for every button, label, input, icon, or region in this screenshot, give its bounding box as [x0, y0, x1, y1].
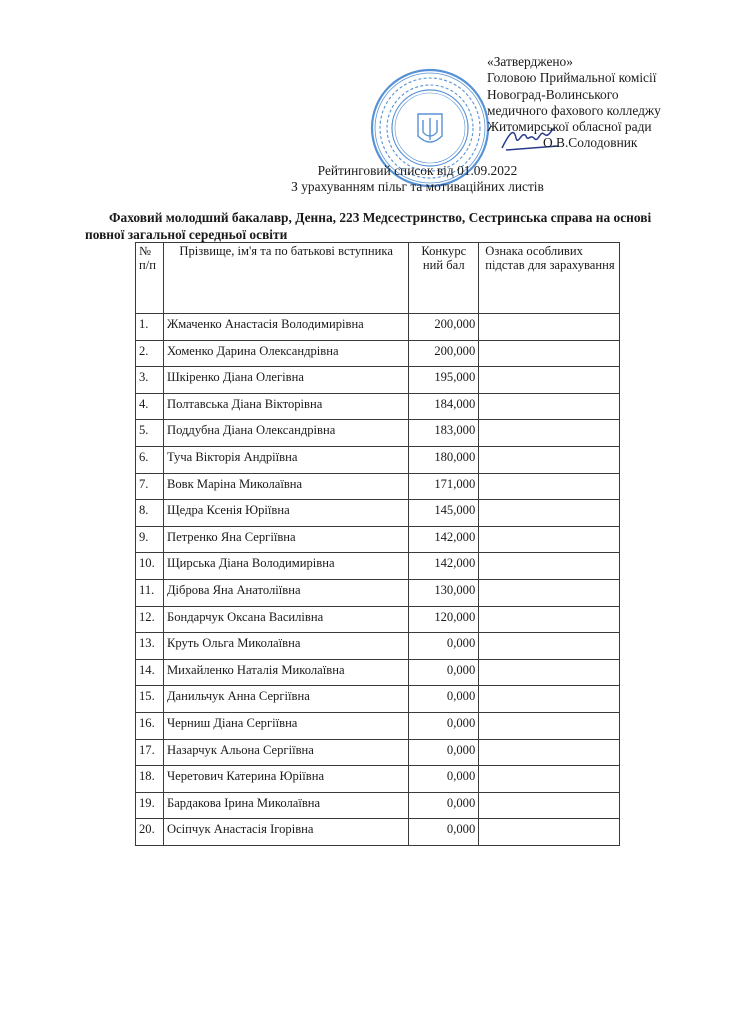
table-row: 9.Петренко Яна Сергіївна142,000 [136, 526, 620, 553]
table-row: 11.Діброва Яна Анатоліївна130,000 [136, 579, 620, 606]
applicant-name: Полтавська Діана Вікторівна [163, 393, 408, 420]
enrollment-basis [479, 579, 620, 606]
table-row: 10.Щирська Діана Володимирівна142,000 [136, 553, 620, 580]
row-num: 10. [136, 553, 164, 580]
header-basis: Ознака особливих підстав для зарахування [479, 243, 620, 314]
applicant-score: 145,000 [409, 500, 479, 527]
applicant-score: 195,000 [409, 367, 479, 394]
applicant-score: 142,000 [409, 526, 479, 553]
table-header-row: № п/п Прізвище, ім'я та по батькові всту… [136, 243, 620, 314]
applicant-name: Михайленко Наталія Миколаївна [163, 659, 408, 686]
approval-line: медичного фахового колледжу [487, 103, 661, 119]
applicant-score: 171,000 [409, 473, 479, 500]
row-num: 8. [136, 500, 164, 527]
applicant-name: Черетович Катерина Юріївна [163, 766, 408, 793]
applicant-name: Діброва Яна Анатоліївна [163, 579, 408, 606]
row-num: 17. [136, 739, 164, 766]
approval-line: Новоград-Волинського [487, 87, 661, 103]
enrollment-basis [479, 739, 620, 766]
row-num: 14. [136, 659, 164, 686]
table-row: 6.Туча Вікторія Андріївна180,000 [136, 446, 620, 473]
row-num: 15. [136, 686, 164, 713]
row-num: 19. [136, 792, 164, 819]
applicant-name: Осіпчук Анастасія Ігорівна [163, 819, 408, 846]
applicant-name: Туча Вікторія Андріївна [163, 446, 408, 473]
enrollment-basis [479, 500, 620, 527]
enrollment-basis [479, 420, 620, 447]
row-num: 20. [136, 819, 164, 846]
enrollment-basis [479, 792, 620, 819]
applicant-score: 0,000 [409, 819, 479, 846]
applicant-score: 0,000 [409, 712, 479, 739]
applicant-score: 120,000 [409, 606, 479, 633]
row-num: 4. [136, 393, 164, 420]
applicant-score: 200,000 [409, 340, 479, 367]
enrollment-basis [479, 633, 620, 660]
table-row: 8.Щедра Ксенія Юріївна145,000 [136, 500, 620, 527]
list-title: Рейтинговий список від 01.09.2022 [0, 163, 729, 179]
table-row: 16.Черниш Діана Сергіївна0,000 [136, 712, 620, 739]
enrollment-basis [479, 819, 620, 846]
table-row: 14.Михайленко Наталія Миколаївна0,000 [136, 659, 620, 686]
trident-emblem-icon [418, 114, 442, 142]
program-heading: Фаховий молодший бакалавр, Денна, 223 Ме… [85, 209, 665, 243]
table-row: 7.Вовк Маріна Миколаївна171,000 [136, 473, 620, 500]
applicant-name: Бардакова Ірина Миколаївна [163, 792, 408, 819]
row-num: 13. [136, 633, 164, 660]
applicant-score: 200,000 [409, 314, 479, 341]
header-score: Конкурс ний бал [409, 243, 479, 314]
enrollment-basis [479, 340, 620, 367]
table-row: 13.Круть Ольга Миколаївна0,000 [136, 633, 620, 660]
signer-name: О.В.Солодовник [487, 135, 661, 151]
table-row: 17.Назарчук Альона Сергіївна0,000 [136, 739, 620, 766]
row-num: 12. [136, 606, 164, 633]
row-num: 3. [136, 367, 164, 394]
row-num: 6. [136, 446, 164, 473]
row-num: 1. [136, 314, 164, 341]
applicant-score: 0,000 [409, 686, 479, 713]
applicant-score: 184,000 [409, 393, 479, 420]
applicant-name: Петренко Яна Сергіївна [163, 526, 408, 553]
table-row: 20.Осіпчук Анастасія Ігорівна0,000 [136, 819, 620, 846]
applicant-name: Бондарчук Оксана Василівна [163, 606, 408, 633]
enrollment-basis [479, 766, 620, 793]
applicant-score: 0,000 [409, 633, 479, 660]
row-num: 11. [136, 579, 164, 606]
enrollment-basis [479, 446, 620, 473]
applicant-name: Круть Ольга Миколаївна [163, 633, 408, 660]
document-titles: Рейтинговий список від 01.09.2022 З урах… [0, 163, 729, 195]
applicant-score: 130,000 [409, 579, 479, 606]
applicant-name: Щирська Діана Володимирівна [163, 553, 408, 580]
enrollment-basis [479, 686, 620, 713]
row-num: 2. [136, 340, 164, 367]
applicant-score: 0,000 [409, 659, 479, 686]
row-num: 9. [136, 526, 164, 553]
applicant-score: 0,000 [409, 766, 479, 793]
approval-line: Головою Приймальної комісії [487, 70, 661, 86]
enrollment-basis [479, 314, 620, 341]
applicant-name: Черниш Діана Сергіївна [163, 712, 408, 739]
table-row: 5.Поддубна Діана Олександрівна183,000 [136, 420, 620, 447]
applicant-score: 0,000 [409, 739, 479, 766]
applicant-name: Щедра Ксенія Юріївна [163, 500, 408, 527]
enrollment-basis [479, 473, 620, 500]
header-num: № п/п [136, 243, 164, 314]
list-subtitle: З урахуванням пільг та мотиваційних лист… [0, 179, 729, 195]
ranking-table: № п/п Прізвище, ім'я та по батькові всту… [135, 242, 620, 846]
table-row: 18.Черетович Катерина Юріївна0,000 [136, 766, 620, 793]
row-num: 7. [136, 473, 164, 500]
approval-line: «Затверджено» [487, 54, 661, 70]
enrollment-basis [479, 367, 620, 394]
header-name: Прізвище, ім'я та по батькові вступника [163, 243, 408, 314]
applicant-name: Поддубна Діана Олександрівна [163, 420, 408, 447]
applicant-score: 142,000 [409, 553, 479, 580]
approval-line: Житомирської обласної ради [487, 119, 661, 135]
applicant-name: Жмаченко Анастасія Володимирівна [163, 314, 408, 341]
applicant-name: Назарчук Альона Сергіївна [163, 739, 408, 766]
applicant-name: Шкіренко Діана Олегівна [163, 367, 408, 394]
enrollment-basis [479, 526, 620, 553]
table-row: 4.Полтавська Діана Вікторівна184,000 [136, 393, 620, 420]
applicant-name: Данильчук Анна Сергіївна [163, 686, 408, 713]
row-num: 16. [136, 712, 164, 739]
row-num: 18. [136, 766, 164, 793]
enrollment-basis [479, 659, 620, 686]
applicant-score: 183,000 [409, 420, 479, 447]
table-row: 3.Шкіренко Діана Олегівна195,000 [136, 367, 620, 394]
approval-block: «Затверджено» Головою Приймальної комісі… [487, 54, 661, 152]
table-row: 15.Данильчук Анна Сергіївна0,000 [136, 686, 620, 713]
enrollment-basis [479, 606, 620, 633]
enrollment-basis [479, 553, 620, 580]
table-row: 2.Хоменко Дарина Олександрівна200,000 [136, 340, 620, 367]
row-num: 5. [136, 420, 164, 447]
applicant-name: Вовк Маріна Миколаївна [163, 473, 408, 500]
table-row: 12.Бондарчук Оксана Василівна120,000 [136, 606, 620, 633]
enrollment-basis [479, 712, 620, 739]
table-row: 1.Жмаченко Анастасія Володимирівна200,00… [136, 314, 620, 341]
applicant-name: Хоменко Дарина Олександрівна [163, 340, 408, 367]
applicant-score: 180,000 [409, 446, 479, 473]
table-row: 19.Бардакова Ірина Миколаївна0,000 [136, 792, 620, 819]
applicant-score: 0,000 [409, 792, 479, 819]
enrollment-basis [479, 393, 620, 420]
